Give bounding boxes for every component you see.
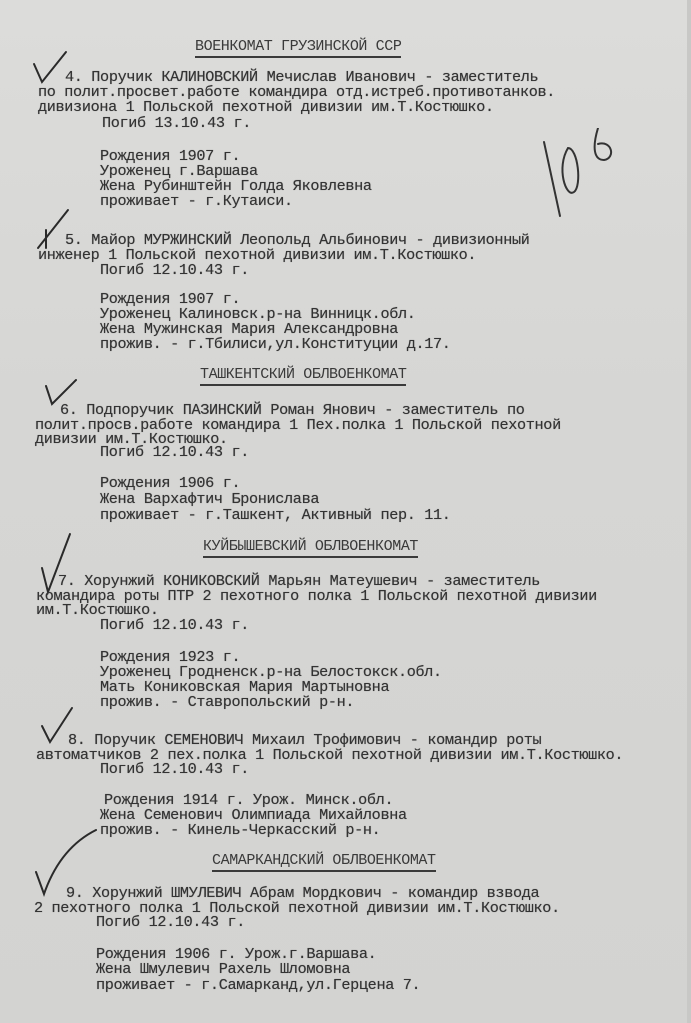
entry-9-residence: проживает - г.Самарканд,ул.Герцена 7. — [96, 978, 420, 993]
entry-9-spouse: Жена Шмулевич Рахель Шломовна — [96, 962, 350, 977]
entry-6-spouse: Жена Вархафтич Бронислава — [100, 492, 319, 507]
archival-document-page: ВОЕНКОМАТ ГРУЗИНСКОЙ ССР 4. Поручик КАЛИ… — [0, 0, 691, 1023]
entry-8-death: Погиб 12.10.43 г. — [100, 762, 249, 777]
entry-6-death: Погиб 12.10.43 г. — [100, 445, 249, 460]
section-heading-tashkent: ТАШКЕНТСКИЙ ОБЛВОЕНКОМАТ — [200, 366, 406, 386]
entry-6-birth: Рождения 1906 г. — [100, 476, 240, 491]
entry-9-death: Погиб 12.10.43 г. — [96, 915, 245, 930]
section-heading-georgia: ВОЕНКОМАТ ГРУЗИНСКОЙ ССР — [195, 38, 401, 58]
section-heading-samarkand: САМАРКАНДСКИЙ ОБЛВОЕНКОМАТ — [212, 852, 436, 872]
handwritten-page-number — [538, 128, 628, 218]
page-edge — [687, 0, 691, 1023]
entry-7-residence: прожив. - Ставропольский р-н. — [100, 695, 354, 710]
entry-4-residence: проживает - г.Кутаиси. — [100, 194, 293, 209]
entry-7-death: Погиб 12.10.43 г. — [100, 618, 249, 633]
entry-4-death: Погиб 13.10.43 г. — [102, 116, 251, 131]
section-heading-kuibyshev: КУЙБЫШЕВСКИЙ ОБЛВОЕНКОМАТ — [203, 538, 418, 558]
entry-8-residence: прожив. - Кинель-Черкасский р-н. — [100, 823, 380, 838]
entry-6-residence: проживает - г.Ташкент, Активный пер. 11. — [100, 508, 451, 523]
checkmark-icon — [30, 50, 70, 86]
entry-4-line-3: дивизиона 1 Польской пехотной дивизии им… — [38, 100, 494, 115]
entry-5-residence: прожив. - г.Тбилиси,ул.Конституции д.17. — [100, 337, 451, 352]
entry-5-death: Погиб 12.10.43 г. — [100, 263, 249, 278]
